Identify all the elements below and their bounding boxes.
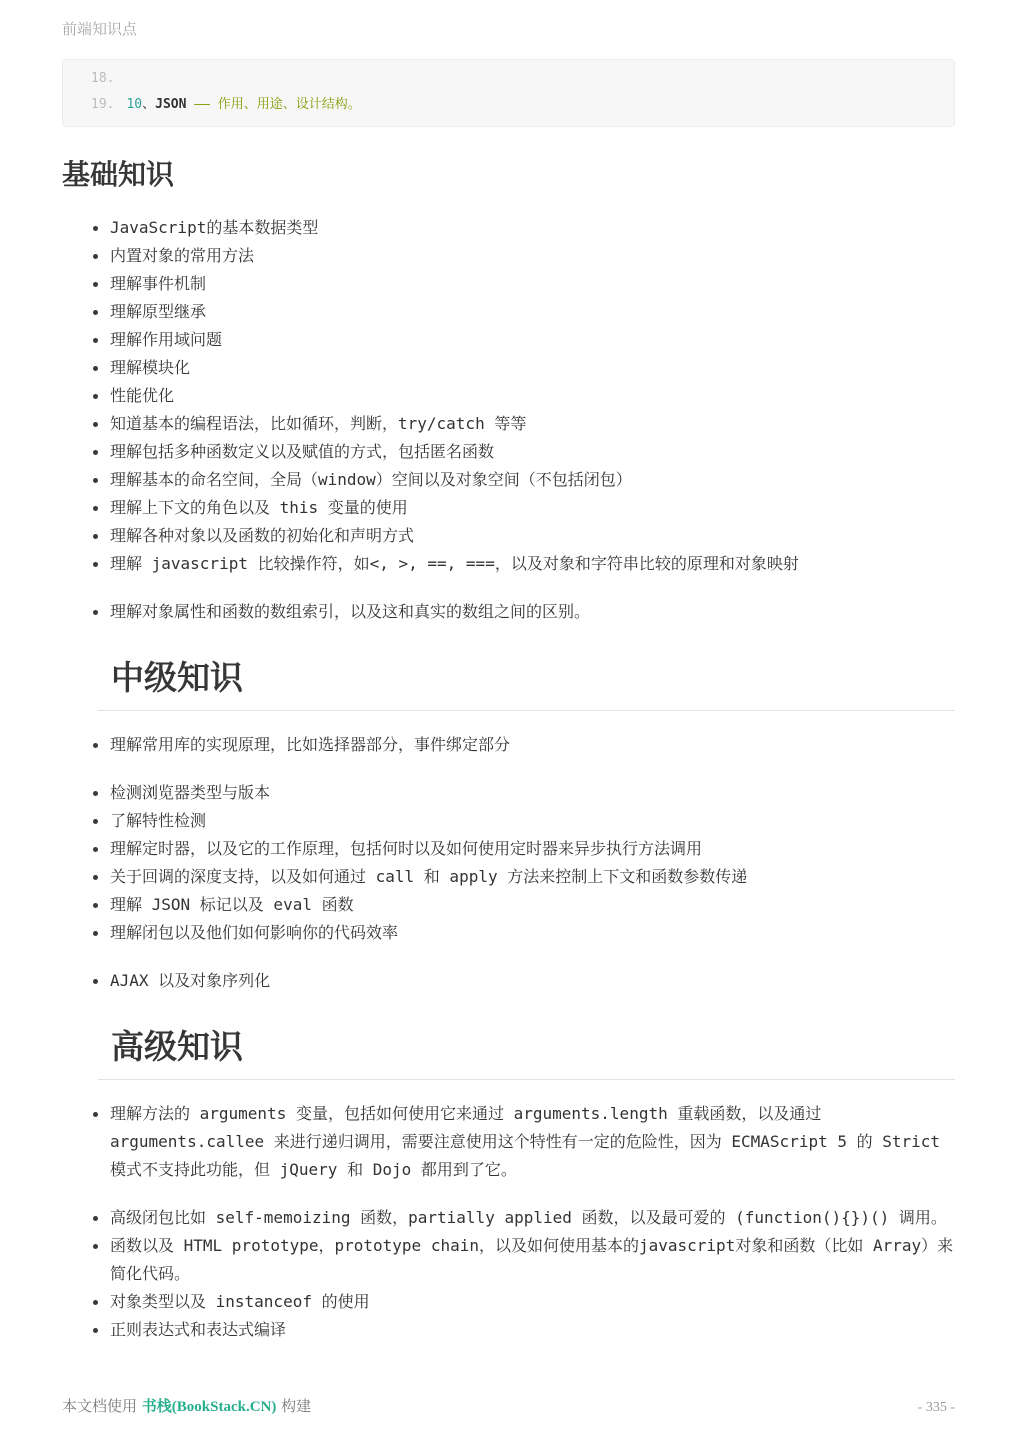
line-number: 18. <box>91 66 114 92</box>
list-item: 理解事件机制 <box>110 270 955 298</box>
list-item: 理解方法的 arguments 变量，包括如何使用它来通过 arguments.… <box>110 1100 955 1184</box>
footer: 本文档使用 书栈(BookStack.CN) 构建 - 335 - <box>62 1395 955 1416</box>
code-token-string: —— 作用、用途、设计结构。 <box>186 97 360 112</box>
list-item: 高级闭包比如 self-memoizing 函数，partially appli… <box>110 1204 955 1232</box>
section-list: JavaScript的基本数据类型内置对象的常用方法理解事件机制理解原型继承理解… <box>62 214 955 626</box>
list-item: 对象类型以及 instanceof 的使用 <box>110 1288 955 1316</box>
list-item: 知道基本的编程语法，比如循环，判断，try/catch 等等 <box>110 410 955 438</box>
doc-title: 前端知识点 <box>62 20 955 38</box>
code-token-number: 10 <box>126 97 142 112</box>
list-item: JavaScript的基本数据类型 <box>110 214 955 242</box>
list-item: 理解上下文的角色以及 this 变量的使用 <box>110 494 955 522</box>
list-item: 理解包括多种函数定义以及赋值的方式，包括匿名函数 <box>110 438 955 466</box>
code-token-plain: 、 <box>142 97 155 112</box>
list-item: 关于回调的深度支持，以及如何通过 call 和 apply 方法来控制上下文和函… <box>110 863 955 891</box>
list-item: 理解模块化 <box>110 354 955 382</box>
section-3: 高级知识理解方法的 arguments 变量，包括如何使用它来通过 argume… <box>98 1025 955 1344</box>
list-item: AJAX 以及对象序列化 <box>110 967 955 995</box>
list-item: 理解各种对象以及函数的初始化和声明方式 <box>110 522 955 550</box>
section-list: 理解常用库的实现原理，比如选择器部分，事件绑定部分检测浏览器类型与版本了解特性检… <box>98 731 955 995</box>
list-item: 理解原型继承 <box>110 298 955 326</box>
list-item: 函数以及 HTML prototype，prototype chain，以及如何… <box>110 1232 955 1288</box>
page-number: - 335 - <box>918 1400 955 1416</box>
document-page: 前端知识点 18.19.10、JSON —— 作用、用途、设计结构。 基础知识J… <box>0 0 1019 1344</box>
list-item: 理解定时器，以及它的工作原理，包括何时以及如何使用定时器来异步执行方法调用 <box>110 835 955 863</box>
footer-build-note: 本文档使用 书栈(BookStack.CN) 构建 <box>62 1395 311 1416</box>
bookstack-link[interactable]: 书栈(BookStack.CN) <box>142 1399 277 1415</box>
list-item: 了解特性检测 <box>110 807 955 835</box>
list-item: 理解作用域问题 <box>110 326 955 354</box>
line-number: 19. <box>91 92 114 118</box>
list-item: 理解常用库的实现原理，比如选择器部分，事件绑定部分 <box>110 731 955 759</box>
list-item: 内置对象的常用方法 <box>110 242 955 270</box>
sections-container: 基础知识JavaScript的基本数据类型内置对象的常用方法理解事件机制理解原型… <box>62 156 955 1344</box>
code-lines: 18.19.10、JSON —— 作用、用途、设计结构。 <box>91 66 938 118</box>
code-line: 18. <box>91 66 938 92</box>
code-block: 18.19.10、JSON —— 作用、用途、设计结构。 <box>62 59 955 127</box>
section-1: 基础知识JavaScript的基本数据类型内置对象的常用方法理解事件机制理解原型… <box>62 156 955 626</box>
footer-prefix: 本文档使用 <box>62 1397 142 1415</box>
list-item: 性能优化 <box>110 382 955 410</box>
list-item: 理解闭包以及他们如何影响你的代码效率 <box>110 919 955 947</box>
section-2: 中级知识理解常用库的实现原理，比如选择器部分，事件绑定部分检测浏览器类型与版本了… <box>98 656 955 995</box>
list-item: 理解 javascript 比较操作符，如<, >, ==, ===，以及对象和… <box>110 550 955 578</box>
footer-suffix: 构建 <box>276 1397 311 1415</box>
list-item: 理解对象属性和函数的数组索引，以及这和真实的数组之间的区别。 <box>110 598 955 626</box>
section-title: 高级知识 <box>98 1025 955 1080</box>
section-title: 基础知识 <box>62 156 955 194</box>
code-token-keyword: JSON <box>155 97 186 112</box>
list-item: 正则表达式和表达式编译 <box>110 1316 955 1344</box>
list-item: 理解 JSON 标记以及 eval 函数 <box>110 891 955 919</box>
code-line: 19.10、JSON —— 作用、用途、设计结构。 <box>91 92 938 118</box>
section-title: 中级知识 <box>98 656 955 711</box>
list-item: 检测浏览器类型与版本 <box>110 779 955 807</box>
section-list: 理解方法的 arguments 变量，包括如何使用它来通过 arguments.… <box>98 1100 955 1344</box>
list-item: 理解基本的命名空间，全局（window）空间以及对象空间（不包括闭包） <box>110 466 955 494</box>
